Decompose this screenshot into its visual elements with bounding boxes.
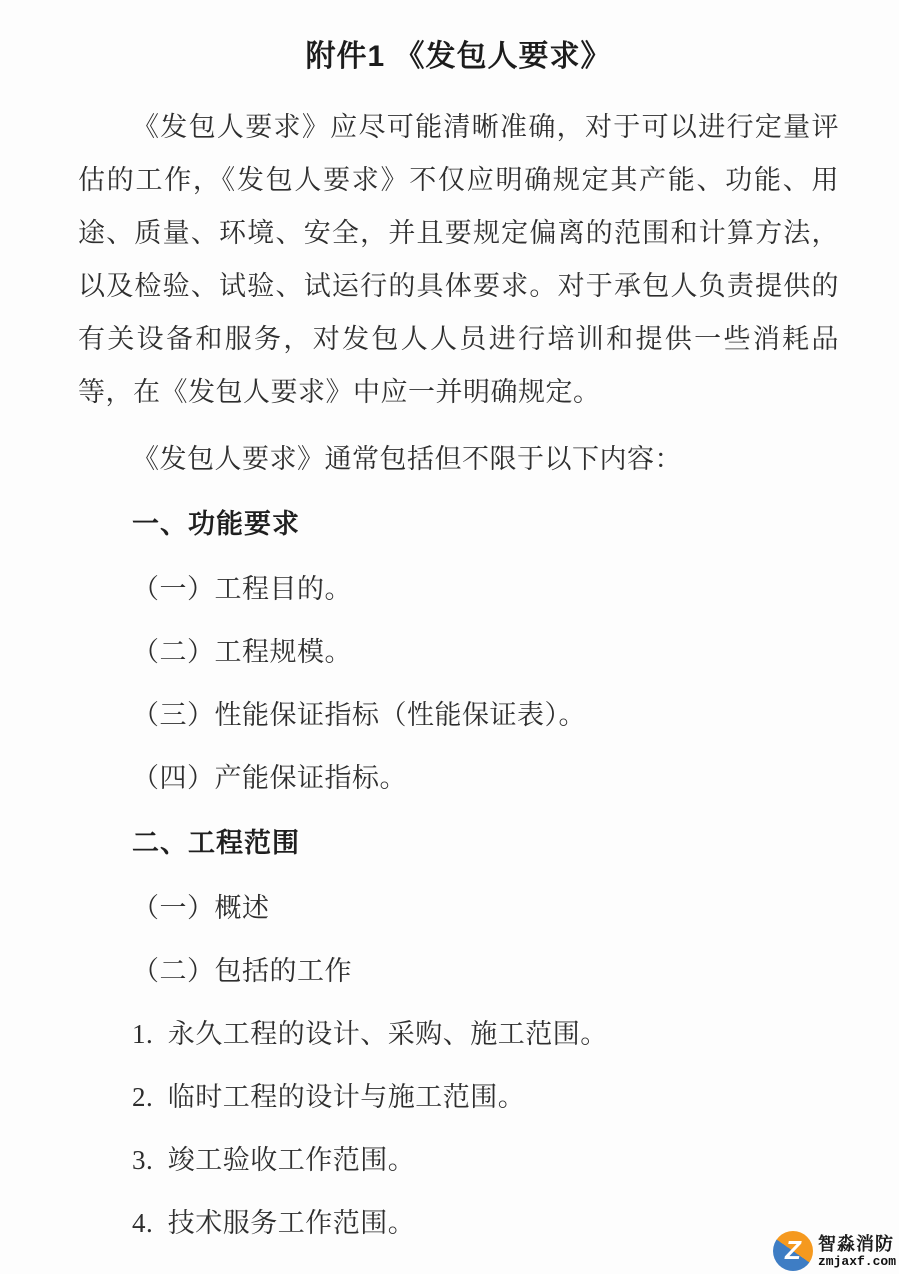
brand-name: 智淼消防 (818, 1234, 896, 1254)
list-item: 2. 临时工程的设计与施工范围。 (78, 1071, 839, 1124)
logo-letter: Z (785, 1237, 801, 1263)
brand-watermark: Z 智淼消防 zmjaxf.com (773, 1231, 896, 1271)
list-item: （四）产能保证指标。 (78, 752, 839, 805)
section-heading-functional-requirements: 一、功能要求 (78, 498, 839, 551)
document-page: 附件1 《发包人要求》 《发包人要求》应尽可能清晰准确，对于可以进行定量评估的工… (0, 0, 899, 1274)
brand-domain: zmjaxf.com (818, 1254, 896, 1269)
watermark-text: 智淼消防 zmjaxf.com (818, 1234, 896, 1269)
list-item: 1. 永久工程的设计、采购、施工范围。 (78, 1008, 839, 1061)
list-item: 4. 技术服务工作范围。 (78, 1197, 839, 1250)
list-item: （二）工程规模。 (78, 626, 839, 679)
doc-title: 附件1 《发包人要求》 (78, 34, 839, 79)
list-item: （一）概述 (78, 882, 839, 935)
list-item: （一）工程目的。 (78, 563, 839, 616)
paragraph-intro: 《发包人要求》应尽可能清晰准确，对于可以进行定量评估的工作，《发包人要求》不仅应… (78, 101, 839, 419)
list-item: （二）包括的工作 (78, 945, 839, 998)
paragraph-lead-in: 《发包人要求》通常包括但不限于以下内容： (78, 433, 839, 486)
list-item: （三）性能保证指标（性能保证表）。 (78, 689, 839, 742)
brand-logo-icon: Z (773, 1231, 813, 1271)
list-item: 3. 竣工验收工作范围。 (78, 1134, 839, 1187)
section-heading-project-scope: 二、工程范围 (78, 817, 839, 870)
